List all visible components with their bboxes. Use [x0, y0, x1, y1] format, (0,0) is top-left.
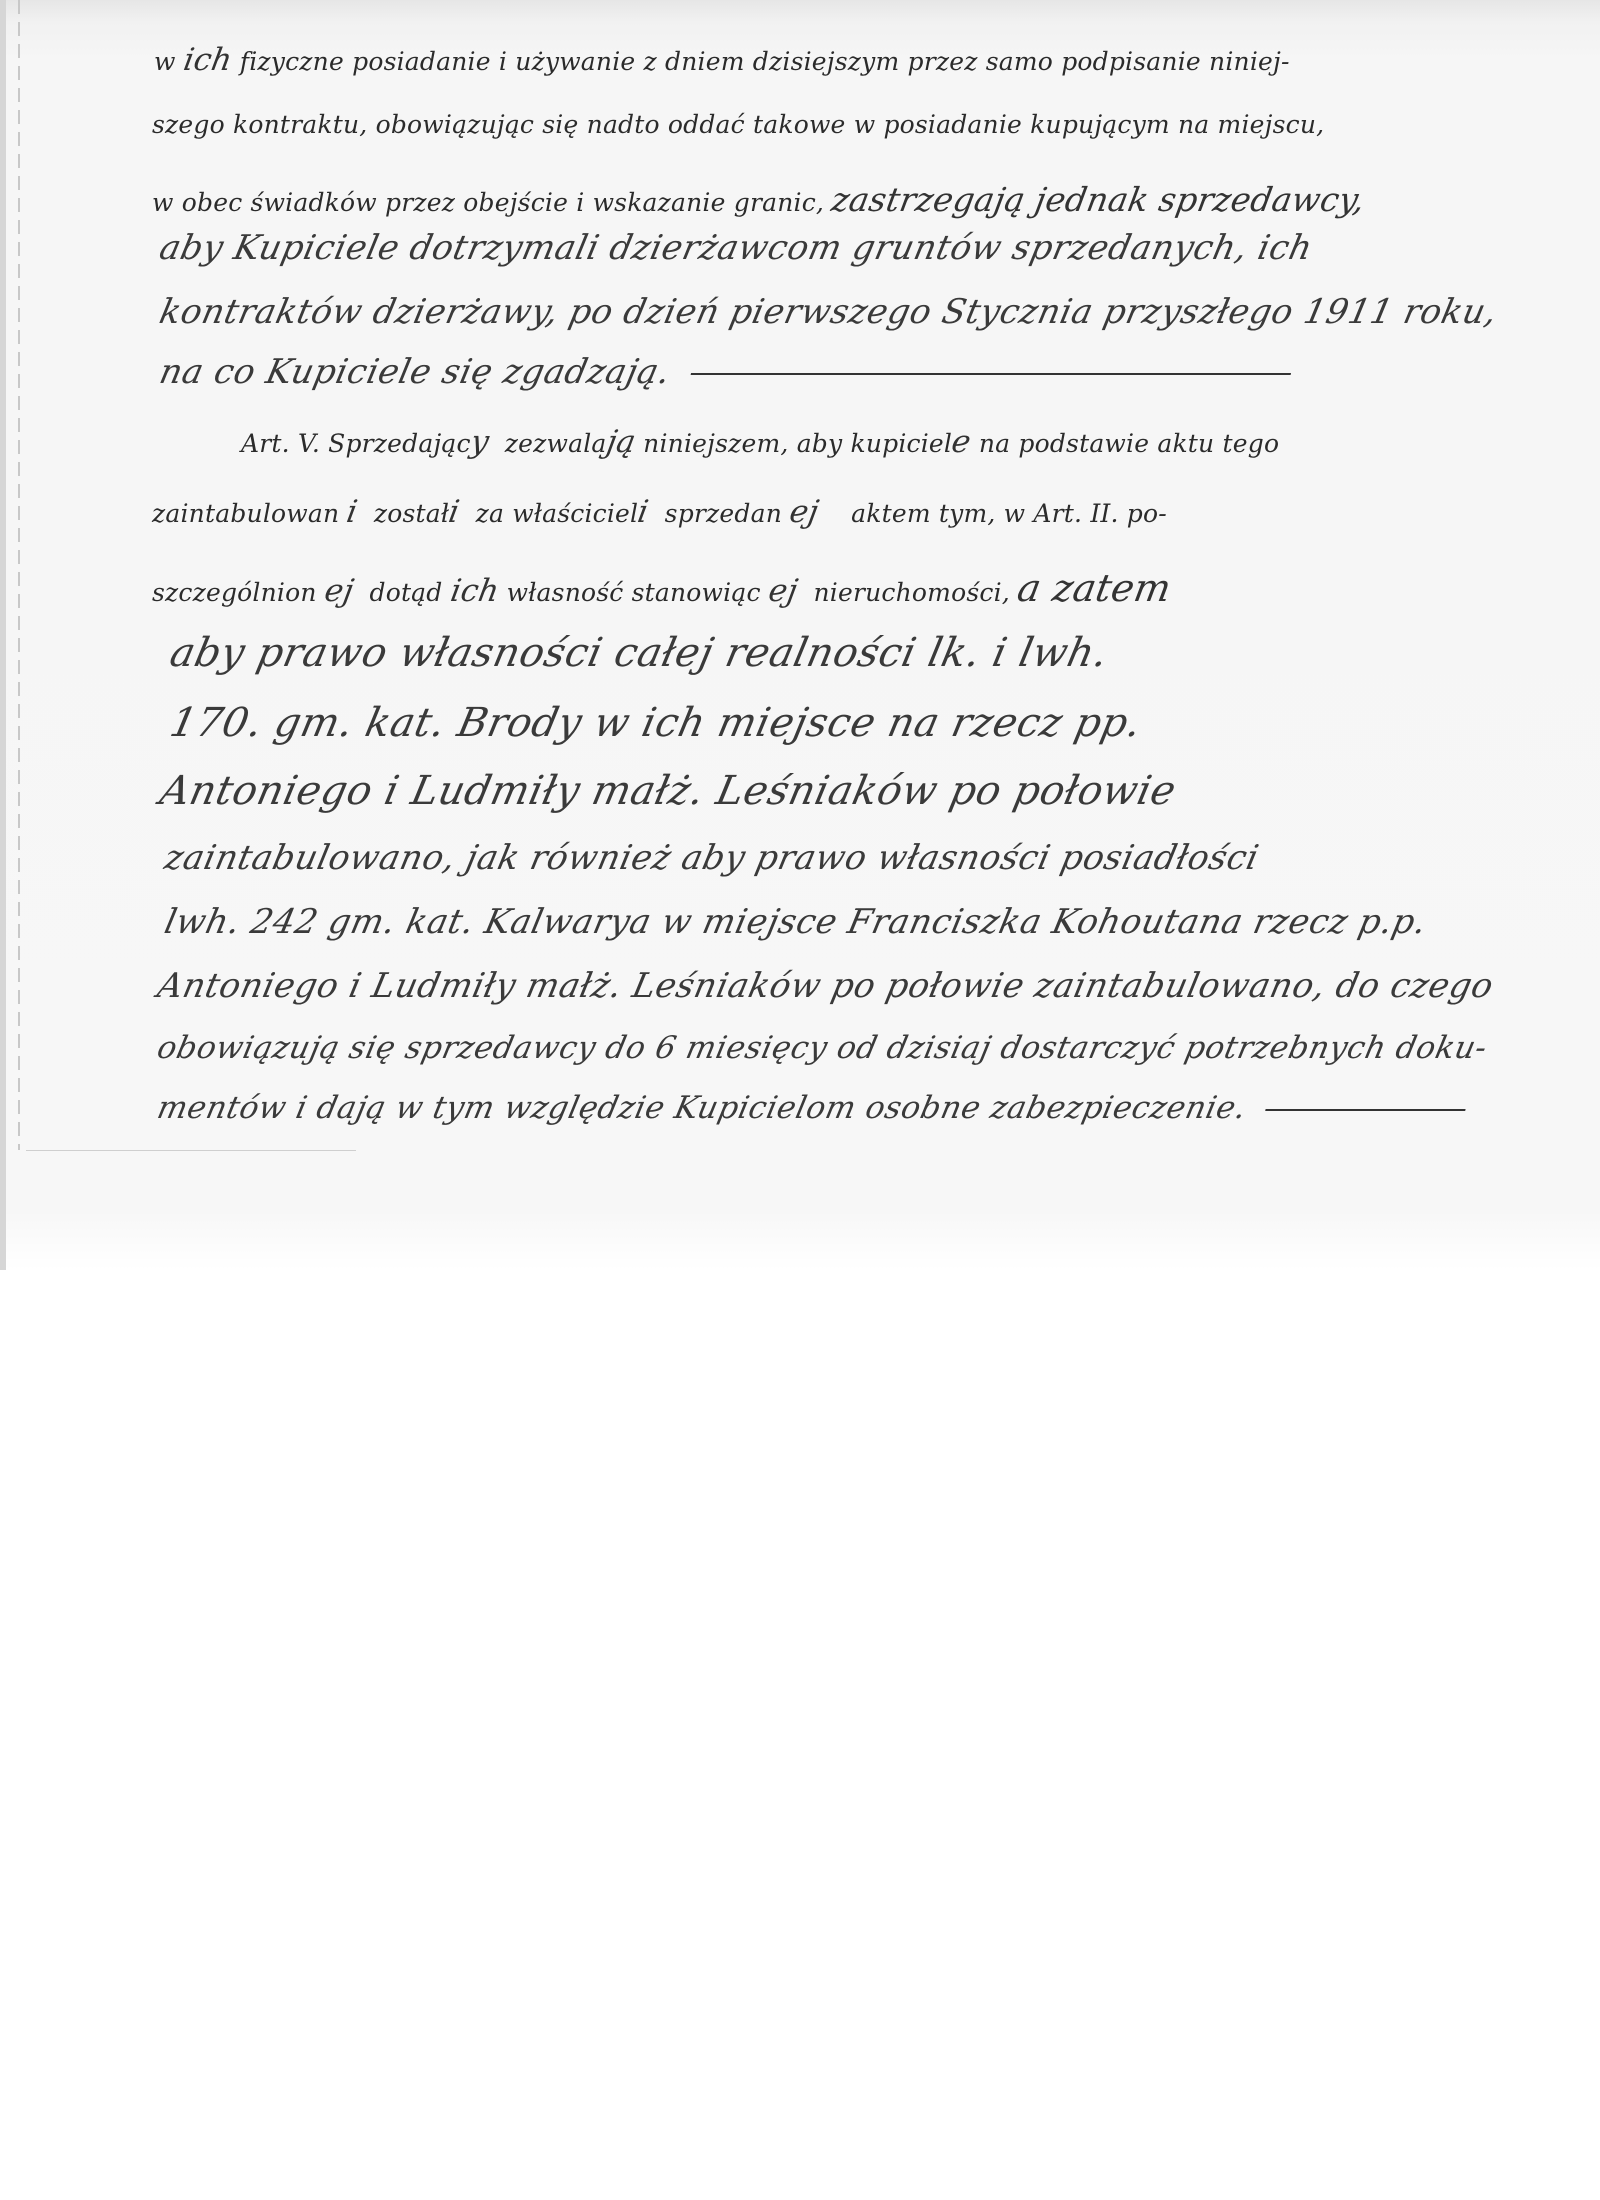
printed-text: szczególnion [152, 578, 317, 607]
printed-text: szego kontraktu, obowiązując się nadto o… [152, 110, 1170, 139]
printed-text: sprzedan [665, 499, 782, 528]
printed-text: niniejszem, aby kupiciel [643, 429, 952, 458]
handwritten-line: mentów i dają w tym względzie Kupicielom… [154, 1090, 1470, 1126]
handwritten-text: Antoniego i Ludmiły małż. Leśniaków po p… [156, 768, 1180, 814]
handwritten-insertion: ej [322, 573, 357, 609]
handwritten-line: aby Kupiciele dotrzymali dzierżawcom gru… [156, 228, 1316, 268]
handwritten-insertion: a zatem [1014, 566, 1174, 610]
line-filler-rule [691, 373, 1291, 375]
handwritten-line: Antoniego i Ludmiły małż. Leśniaków po p… [156, 768, 1180, 814]
handwritten-text: aby Kupiciele dotrzymali dzierżawcom gru… [156, 228, 1316, 268]
handwritten-insertion: ej [787, 494, 822, 530]
handwritten-line: Antoniego i Ludmiły małż. Leśniaków po p… [154, 966, 1497, 1006]
printed-text: nieruchomości, [813, 578, 1009, 607]
printed-text: w obec świadków przez obejście i wskazan… [152, 188, 824, 217]
handwritten-text: mentów i dają w tym względzie Kupicielom… [154, 1090, 1250, 1126]
article-v-line-1: Art. V. Sprzedający zezwalają niniejszem… [241, 424, 1279, 460]
printed-text: w [154, 47, 176, 76]
handwritten-text: zaintabulowano, jak również aby prawo wł… [161, 838, 1262, 878]
handwritten-insertion: i [344, 494, 360, 530]
handwritten-line: obowiązują się sprzedawcy do 6 miesięcy … [154, 1030, 1490, 1066]
printed-text: na podstawie aktu tego [979, 429, 1279, 458]
article-v-line-3: szczególnion ej dotąd ich własność stano… [152, 566, 1171, 610]
handwritten-line: aby prawo własności całej realności lk. … [166, 630, 1112, 676]
handwritten-insertion: ich [181, 42, 235, 78]
printed-line-1: w ich fizyczne posiadanie i używanie z d… [154, 42, 1290, 78]
handwritten-text: aby prawo własności całej realności lk. … [166, 630, 1112, 676]
printed-text: fizyczne posiadanie i używanie z dniem d… [240, 47, 1290, 76]
handwritten-insertion: ich [447, 573, 501, 609]
handwritten-line: zaintabulowano, jak również aby prawo wł… [161, 838, 1262, 878]
line-filler-rule [1266, 1109, 1466, 1111]
handwritten-text: na co Kupiciele się zgadzają. [156, 352, 674, 392]
scanned-document-page: w ich fizyczne posiadanie i używanie z d… [0, 0, 1600, 1270]
handwritten-insertion: zastrzegają jednak sprzedawcy, [829, 180, 1368, 219]
printed-text: na miejscu, [1178, 110, 1324, 139]
printed-text: dotąd [369, 578, 442, 607]
handwritten-insertion: e [949, 424, 974, 460]
handwritten-text: Antoniego i Ludmiły małż. Leśniaków po p… [154, 966, 1497, 1006]
handwritten-insertion: y [468, 424, 492, 460]
printed-text: własność stanowiąc [507, 578, 761, 607]
printed-text: za właściciel [476, 499, 639, 528]
article-v-line-2: zaintabulowan i zostałi za właścicieli s… [152, 494, 1167, 530]
handwritten-line: 170. gm. kat. Brody w ich miejsce na rze… [166, 700, 1146, 746]
handwritten-insertion: ją [603, 424, 638, 460]
handwritten-text: lwh. 242 gm. kat. Kalwarya w miejsce Fra… [161, 902, 1430, 942]
handwritten-line: lwh. 242 gm. kat. Kalwarya w miejsce Fra… [161, 902, 1430, 942]
printed-text: zezwala [505, 429, 607, 458]
printed-line-2: szego kontraktu, obowiązując się nadto o… [152, 110, 1324, 139]
handwritten-line: kontraktów dzierżawy, po dzień pierwszeg… [156, 292, 1501, 332]
handwritten-text: 170. gm. kat. Brody w ich miejsce na rze… [166, 700, 1146, 746]
printed-text: zaintabulowan [152, 499, 339, 528]
handwritten-text: kontraktów dzierżawy, po dzień pierwszeg… [156, 292, 1501, 332]
article-heading: Art. V. Sprzedając [241, 429, 471, 458]
handwritten-insertion: ej [766, 573, 801, 609]
printed-line-3: w obec świadków przez obejście i wskazan… [152, 180, 1365, 219]
paper-fold-line [26, 1150, 356, 1151]
printed-text: aktem tym, w Art. II. po- [851, 499, 1167, 528]
handwritten-text: obowiązują się sprzedawcy do 6 miesięcy … [154, 1030, 1490, 1066]
handwritten-line: na co Kupiciele się zgadzają. [156, 352, 1295, 392]
printed-text: został [374, 499, 449, 528]
